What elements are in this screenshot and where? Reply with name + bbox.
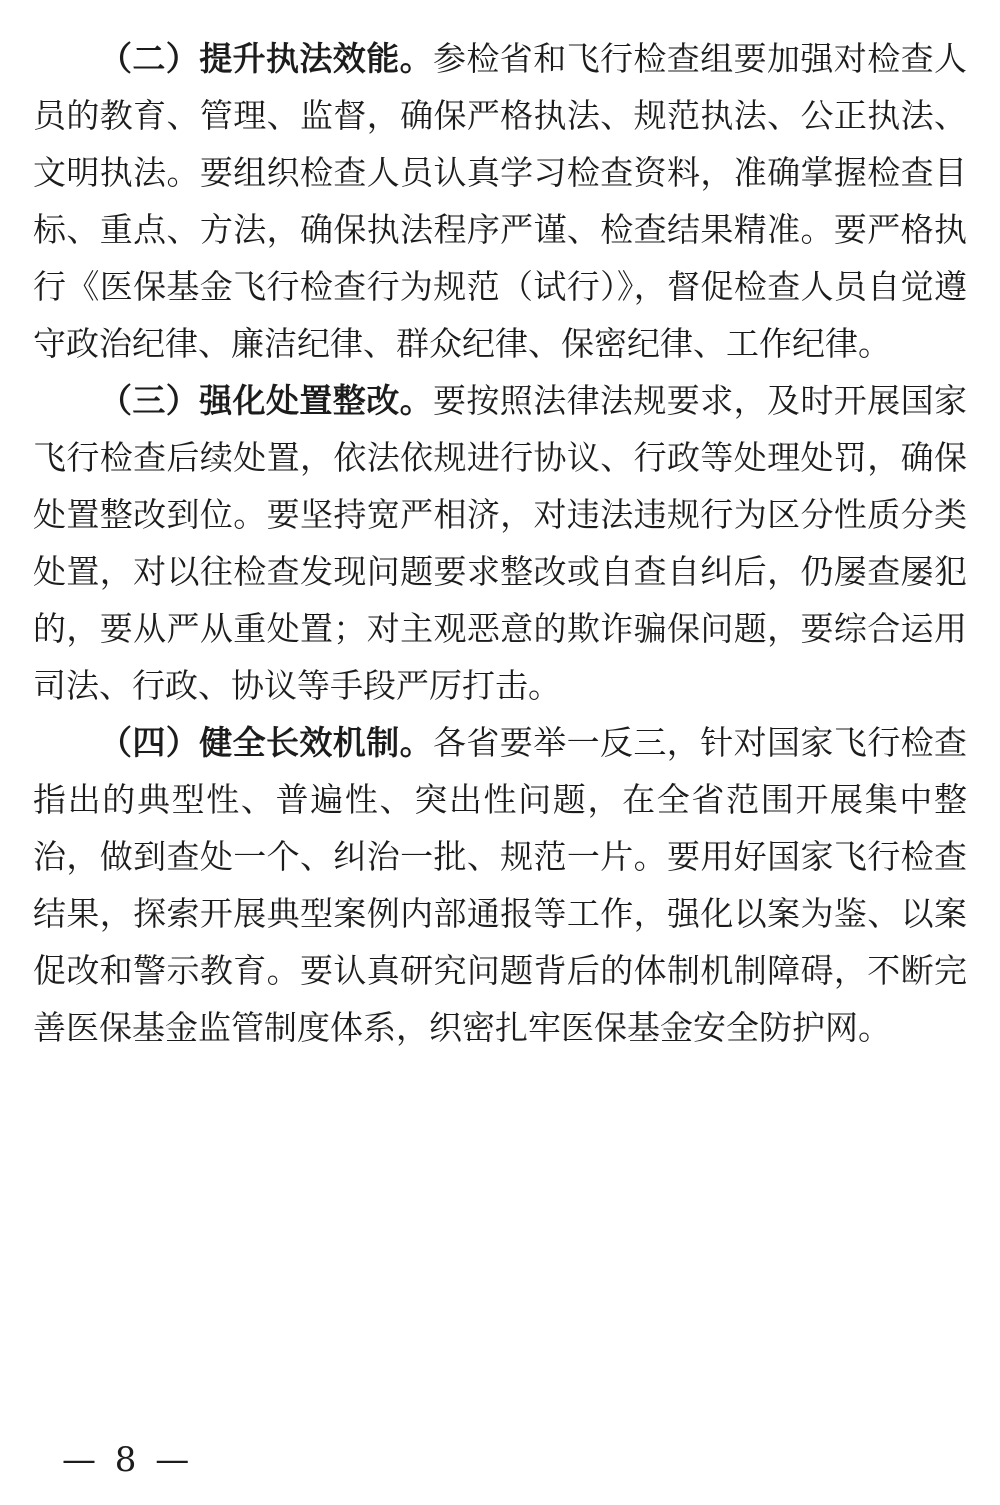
paragraph-heading: （二）提升执法效能。 [99, 39, 433, 78]
document-content: （二）提升执法效能。参检省和飞行检查组要加强对检查人员的教育、管理、监督，确保严… [33, 30, 967, 1056]
page-number: — 8 — [62, 1438, 193, 1482]
paragraph-item-4: （四）健全长效机制。各省要举一反三，针对国家飞行检查指出的典型性、普遍性、突出性… [33, 714, 967, 1056]
paragraph-item-3: （三）强化处置整改。要按照法律法规要求，及时开展国家飞行检查后续处置，依法依规进… [33, 372, 967, 714]
page-footer: — 8 — [62, 1438, 193, 1482]
document-page: （二）提升执法效能。参检省和飞行检查组要加强对检查人员的教育、管理、监督，确保严… [0, 0, 1000, 1505]
paragraph-body: 要按照法律法规要求，及时开展国家飞行检查后续处置，依法依规进行协议、行政等处理处… [33, 381, 967, 705]
paragraph-heading: （三）强化处置整改。 [99, 381, 433, 420]
paragraph-body: 各省要举一反三，针对国家飞行检查指出的典型性、普遍性、突出性问题，在全省范围开展… [33, 723, 967, 1047]
paragraph-heading: （四）健全长效机制。 [99, 723, 433, 762]
paragraph-body: 参检省和飞行检查组要加强对检查人员的教育、管理、监督，确保严格执法、规范执法、公… [33, 39, 967, 363]
paragraph-item-2: （二）提升执法效能。参检省和飞行检查组要加强对检查人员的教育、管理、监督，确保严… [33, 30, 967, 372]
